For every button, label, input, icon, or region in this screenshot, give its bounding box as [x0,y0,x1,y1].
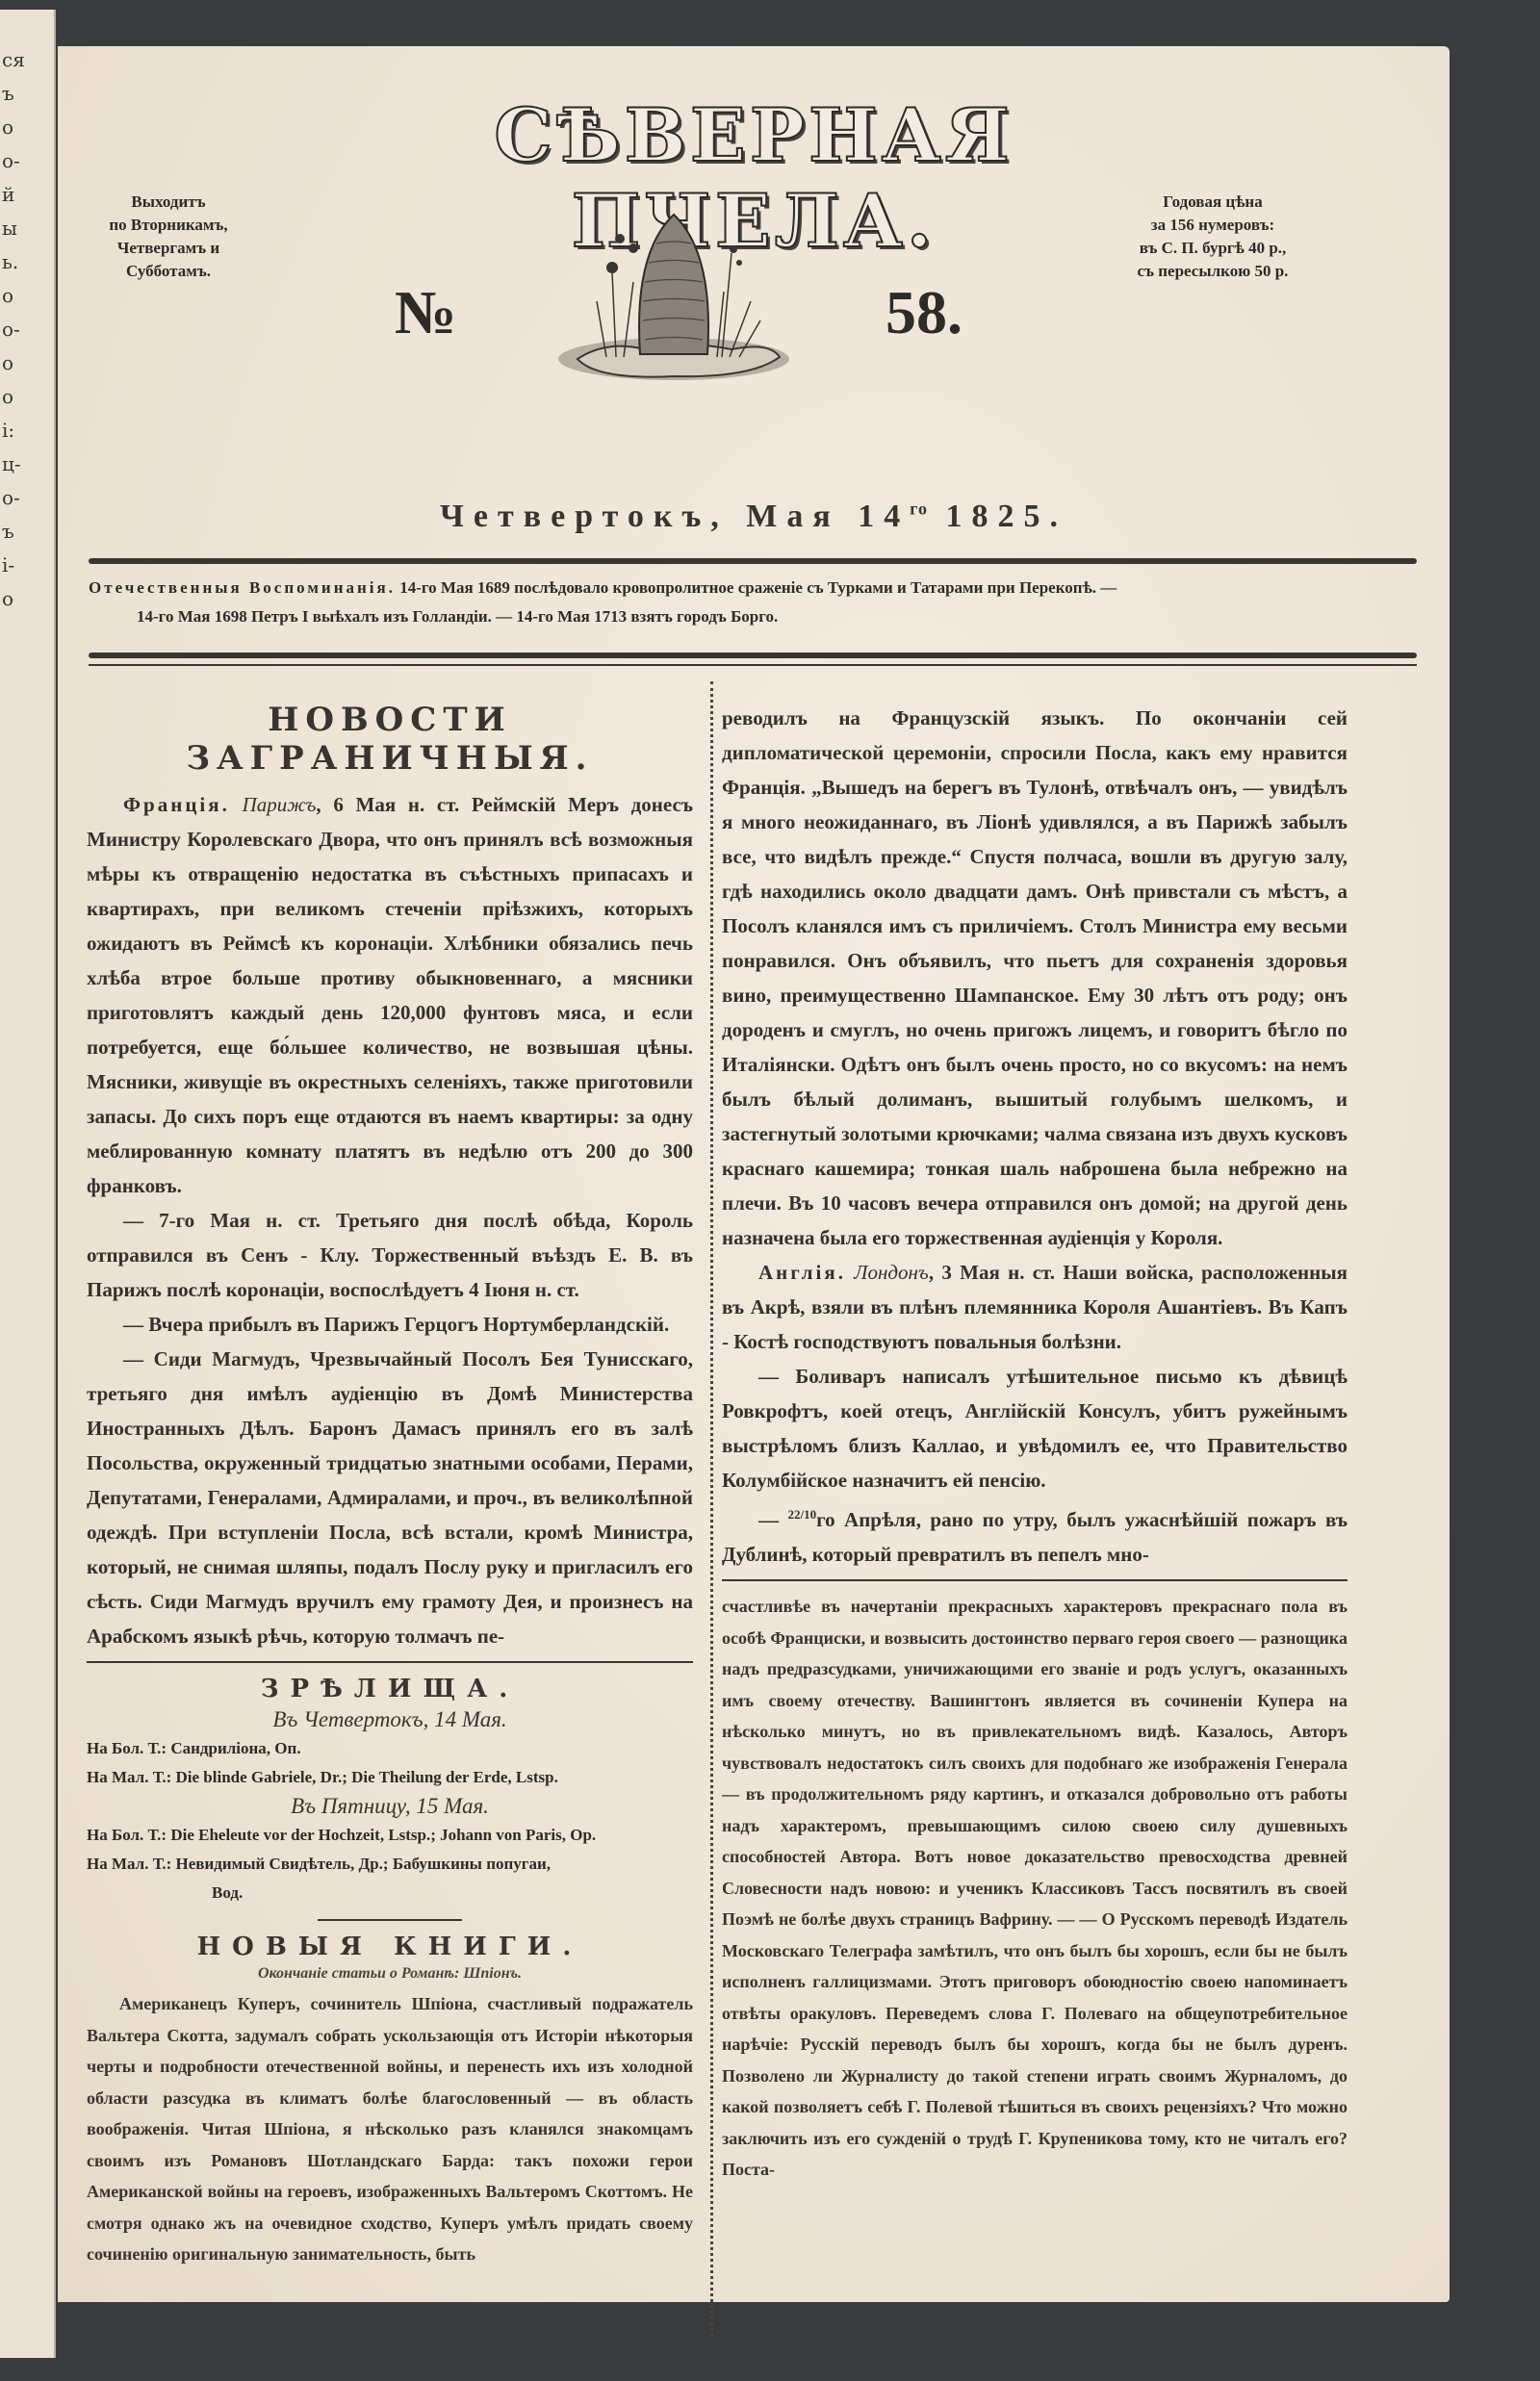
memories-rule-bottom [89,664,1417,666]
prev-page-fragment: о- [2,149,20,172]
prev-page-fragment: і: [2,419,14,442]
show-title: Невидимый Свидѣтель, Др.; Бабушкины попу… [176,1855,552,1873]
spectacles-heading: ЗРѢЛИЩА. [87,1675,693,1703]
country-label-england: Англія. [758,1261,846,1284]
memories-rule-top [89,653,1417,658]
theatre-label: На Мал. Т.: [87,1855,171,1873]
show-title: Die Eheleute vor der Hochzeit, Lstsp.; J… [170,1826,596,1844]
playbill-entry: На Мал. Т.: Die blinde Gabriele, Dr.; Di… [87,1763,693,1792]
france-paris-paragraph: Франція. Парижъ, 6 Мая н. ст. Реймскій М… [87,787,693,1203]
show-title-continued: Вод. [87,1879,693,1907]
left-column: НОВОСТИ ЗАГРАНИЧНЫЯ. Франція. Парижъ, 6 … [87,701,693,2270]
article-paragraph: — Сиди Магмудъ, Чрезвычайный Посолъ Бея … [87,1342,693,1653]
article-paragraph: — 7-го Мая н. ст. Третьяго дня послѣ обѣ… [87,1203,693,1307]
prev-page-fragment: ы [2,217,17,240]
short-rule [318,1919,462,1921]
playbill-entry: На Мал. Т.: Невидимый Свидѣтель, Др.; Ба… [87,1850,693,1907]
spectacles-date: Въ Пятницу, 15 Мая. [87,1794,693,1819]
article-text: , 6 Мая н. ст. Реймскій Меръ донесъ Мини… [87,793,693,1197]
foreign-news-heading: НОВОСТИ ЗАГРАНИЧНЫЯ. [87,701,693,778]
schedule-line: по Вторникамъ, [96,214,241,237]
section-rule [87,1661,693,1663]
theatre-label: На Бол. Т.: [87,1739,167,1757]
prev-page-fragment: о- [2,486,20,509]
england-london-paragraph: Англія. Лондонъ, 3 Мая н. ст. Наши войск… [722,1255,1347,1359]
article-paragraph: — 22/10го Апрѣля, рано по утру, былъ ужа… [722,1498,1347,1572]
theatre-label: На Мал. Т.: [87,1768,171,1786]
publication-schedule: Выходитъ по Вторникамъ, Четвергамъ и Суб… [96,191,241,283]
price-line: за 156 нумеровъ: [1102,214,1323,237]
article-text: го Апрѣля, рано по утру, былъ ужаснѣйшій… [722,1508,1347,1566]
schedule-line: Субботамъ. [96,260,241,283]
playbill-entry: На Бол. Т.: Die Eheleute vor der Hochzei… [87,1821,693,1850]
dateline-weekday: Четвертокъ, [440,499,729,534]
prev-page-fragment: о [2,284,13,307]
new-books-subtitle: Окончаніе статьи о Романѣ: Шпіонъ. [87,1965,693,1983]
right-column: реводилъ на Французскій языкъ. По оконча… [722,701,1347,2186]
country-label-france: Франція. [123,793,230,816]
national-memories: Отечественныя Воспоминанія. 14-го Мая 16… [89,574,1417,631]
memories-text-1: 14-го Мая 1689 послѣдовало кровопролитно… [399,578,1116,597]
prev-page-fragment: о [2,385,13,408]
newspaper-page: СѢВЕРНАЯ ПЧЕЛА. Выходитъ по Вторникамъ, … [58,46,1450,2302]
prev-page-fragment: о [2,351,13,374]
book-review-text-continued: счастливѣе въ начертаніи прекрасныхъ хар… [722,1591,1347,2186]
header-rule [89,558,1417,564]
book-review-text: Американецъ Куперъ, сочинитель Шпіона, с… [87,1988,693,2270]
city-label-london: Лондонъ [854,1261,929,1284]
memories-text-2: 14-го Мая 1698 Петръ I выѣхалъ изъ Голла… [89,602,1417,631]
schedule-line: Четвергамъ и [96,237,241,260]
issue-number: 58. [885,277,962,348]
article-paragraph: — Боливаръ написалъ утѣшительное письмо … [722,1359,1347,1498]
annual-price: Годовая цѣна за 156 нумеровъ: въ С. П. б… [1102,191,1323,283]
prev-page-fragment: ся [2,48,25,71]
memories-line-1: Отечественныя Воспоминанія. 14-го Мая 16… [89,574,1417,602]
city-label-paris: Парижъ [243,793,317,816]
section-rule [722,1579,1347,1581]
dateline-month: Мая [746,499,840,534]
numero-sign: № [395,277,456,348]
show-title: Die blinde Gabriele, Dr.; Die Theilung d… [176,1768,558,1786]
theatre-label: На Бол. Т.: [87,1826,167,1844]
price-line: съ пересылкою 50 р. [1102,260,1323,283]
spectacles-date: Въ Четвертокъ, 14 Мая. [87,1707,693,1732]
price-line: въ С. П. бургѣ 40 р., [1102,237,1323,260]
beehive-emblem-icon [520,195,828,388]
prev-page-fragment: ь. [2,250,18,273]
show-title: Сандриліона, Оп. [170,1739,300,1757]
prev-page-fragment: і- [2,553,14,576]
dateline-day: 14 [858,499,910,534]
date-fraction: 22/10 [787,1507,816,1522]
prev-page-fragment: ъ [2,82,14,105]
prev-page-fragment: о [2,115,13,139]
price-line: Годовая цѣна [1102,191,1323,214]
dateline: Четвертокъ, Мая 14го 1825. [58,499,1450,535]
prev-page-fragment: о- [2,318,20,341]
new-books-heading: НОВЫЯ КНИГИ. [87,1933,693,1961]
prev-page-fragment: о [2,587,13,610]
schedule-line: Выходитъ [96,191,241,214]
memories-label: Отечественныя Воспоминанія. [89,578,396,597]
dateline-year: 1825. [946,499,1068,534]
prev-page-fragment: ц- [2,452,21,475]
playbill-entry: На Бол. Т.: Сандриліона, Оп. [87,1734,693,1763]
article-paragraph-continued: реводилъ на Французскій языкъ. По оконча… [722,701,1347,1255]
prev-page-fragment: й [2,183,14,206]
previous-page-edge: ся ъ о о- й ы ь. о о- о о і: ц- о- ъ і- … [0,10,56,2358]
dateline-day-suffix: го [910,499,928,519]
article-paragraph: — Вчера прибылъ въ Парижъ Герцогъ Нортум… [87,1307,693,1342]
column-divider [710,681,717,2337]
prev-page-fragment: ъ [2,520,14,543]
